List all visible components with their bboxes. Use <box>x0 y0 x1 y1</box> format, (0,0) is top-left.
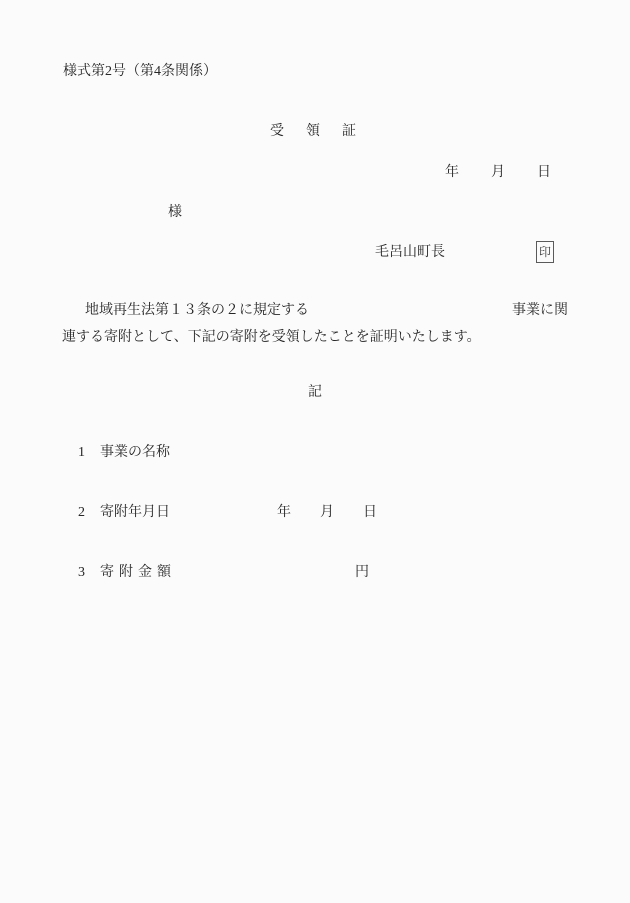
item-label-donation-date: 寄附年月日 <box>100 505 170 522</box>
section-marker-ki: 記 <box>0 385 630 402</box>
item-label-business-name: 事業の名称 <box>100 445 170 462</box>
seal-mark: 印 <box>539 245 551 259</box>
donation-date-units: 年 月 日 <box>277 505 377 522</box>
item-number: 3 <box>78 565 85 582</box>
form-number: 様式第2号（第4条関係） <box>63 64 217 81</box>
day-label: 日 <box>537 165 551 182</box>
item-number: 2 <box>78 505 85 522</box>
document-title: 受 領 証 <box>0 124 630 141</box>
body-line1-right: 事業に関 <box>512 303 568 320</box>
document-page: 様式第2号（第4条関係） 受 領 証 年 月 日 様 毛呂山町長 印 地域再生法… <box>0 0 630 903</box>
year-label: 年 <box>277 505 291 522</box>
yen-unit-label: 円 <box>355 565 369 582</box>
day-label: 日 <box>363 505 377 522</box>
item-label-donation-amount: 寄附金額 <box>100 565 176 582</box>
year-label: 年 <box>445 165 459 182</box>
month-label: 月 <box>491 165 505 182</box>
body-line1-left: 地域再生法第１３条の２に規定する <box>85 303 309 320</box>
issue-date-line: 年 月 日 <box>445 165 551 182</box>
addressee-honorific: 様 <box>168 205 182 222</box>
body-line2: 連する寄附として、下記の寄附を受領したことを証明いたします。 <box>62 330 481 347</box>
seal-mark-box: 印 <box>536 241 554 263</box>
issuer-name: 毛呂山町長 <box>375 245 445 262</box>
month-label: 月 <box>320 505 334 522</box>
item-number: 1 <box>78 445 85 462</box>
